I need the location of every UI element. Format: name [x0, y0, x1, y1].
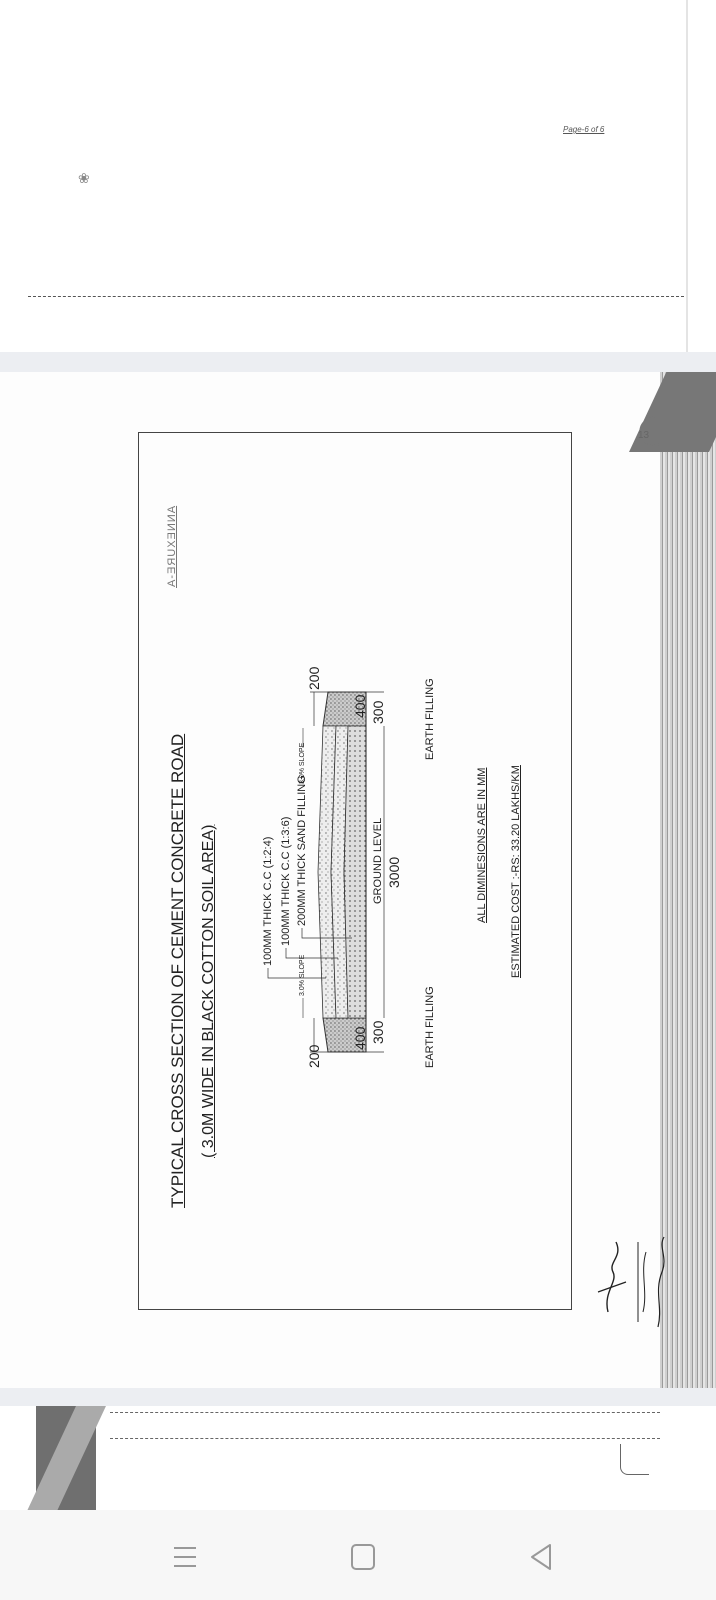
stamp-mark: 13 — [628, 412, 668, 457]
dimensions-note: ALL DIMINESIONS ARE IN MM — [476, 768, 488, 923]
page-number-label: Page-6 of 6 — [563, 125, 604, 134]
dim-road-width: 3000 — [386, 857, 402, 888]
scan-speck: ❀ — [78, 170, 90, 187]
dim-right-width: 400 — [352, 695, 368, 718]
scan-edge — [686, 0, 688, 352]
signature — [588, 1212, 688, 1342]
home-icon — [350, 1542, 376, 1572]
dim-left-bottom: 300 — [370, 1021, 386, 1044]
document-page-2: 13 ANNEXURE-A TYPICAL CROSS SECTION OF C… — [0, 372, 716, 1388]
earth-filling-left: EARTH FILLING — [424, 986, 436, 1068]
page-separator — [0, 352, 716, 372]
recent-apps-button[interactable] — [170, 1542, 200, 1572]
svg-text:13: 13 — [638, 430, 650, 441]
document-page-1: ❀ Page-6 of 6 — [0, 0, 716, 352]
back-button[interactable] — [526, 1542, 556, 1572]
layer-label-2: 100MM THICK C.C (1:3:6) — [280, 817, 292, 946]
system-nav-bar — [0, 1510, 716, 1600]
home-button[interactable] — [348, 1542, 378, 1572]
ground-level-label: GROUND LEVEL — [372, 818, 384, 904]
slope-label-left: 3.0% SLOPE — [299, 955, 306, 996]
back-icon — [528, 1542, 554, 1572]
stamp-mark — [620, 1444, 649, 1475]
page-rule — [110, 1438, 660, 1439]
dim-left-top: 200 — [306, 1045, 322, 1068]
layer-label-3: 200MM THICK SAND FILLING — [296, 775, 308, 926]
document-page-3 — [0, 1406, 716, 1510]
rotated-drawing: ANNEXURE-A TYPICAL CROSS SECTION OF CEME… — [138, 432, 570, 1308]
cross-section-diagram — [138, 432, 570, 1308]
dim-left-width: 400 — [352, 1027, 368, 1050]
dim-right-top: 200 — [306, 667, 322, 690]
slope-label-right: 3.0% SLOPE — [299, 743, 306, 784]
page-rule — [110, 1412, 660, 1413]
page-separator — [0, 1388, 716, 1406]
earth-filling-right: EARTH FILLING — [424, 678, 436, 760]
dim-right-bottom: 300 — [370, 701, 386, 724]
recent-apps-icon — [172, 1542, 198, 1572]
estimated-cost: ESTIMATED COST :-RS: 33.20 LAKHS/KM — [510, 765, 522, 978]
layer-label-1: 100MM THICK C.C (1:2:4) — [262, 837, 274, 966]
page-rule — [28, 296, 684, 297]
